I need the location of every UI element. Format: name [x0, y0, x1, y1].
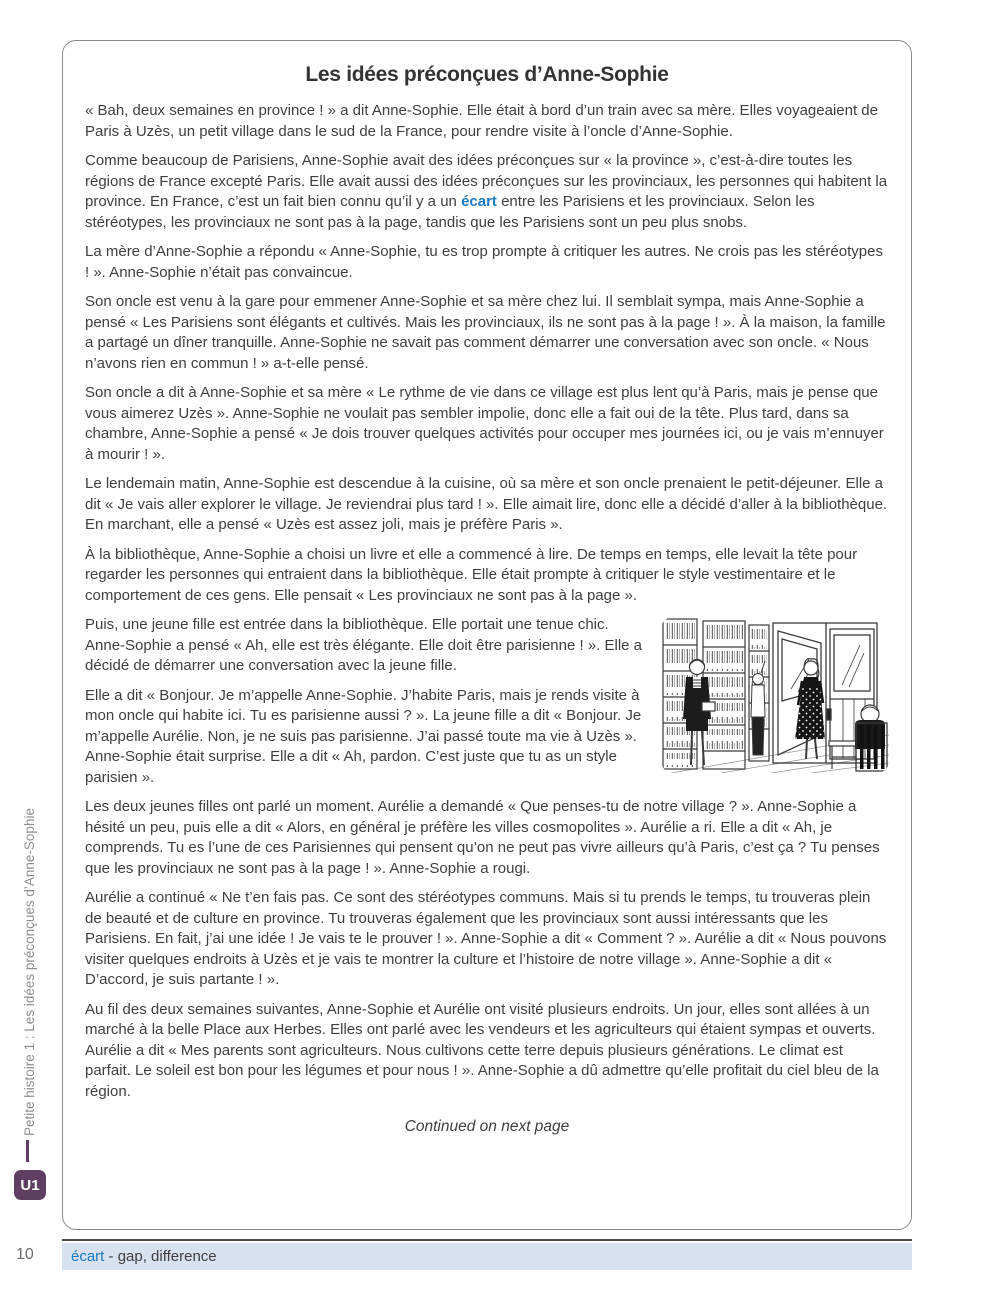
story-title: Les idées préconçues d’Anne-Sophie: [85, 63, 889, 87]
story-paragraph: La mère d’Anne-Sophie a répondu « Anne-S…: [85, 242, 889, 283]
story-paragraph: « Bah, deux semaines en province ! » a d…: [85, 101, 889, 142]
continued-note: Continued on next page: [85, 1118, 889, 1136]
page-number: 10: [16, 1246, 34, 1264]
vocab-footer-term: écart: [71, 1248, 104, 1265]
vocab-footer-definition: - gap, difference: [104, 1248, 216, 1265]
vocab-footer: écart - gap, difference: [62, 1243, 912, 1270]
story-paragraph: Son oncle est venu à la gare pour emmene…: [85, 292, 889, 374]
story-box: Les idées préconçues d’Anne-Sophie « Bah…: [62, 40, 912, 1230]
story-paragraph: Le lendemain matin, Anne-Sophie est desc…: [85, 474, 889, 536]
vocab-term-ecart: écart: [461, 193, 497, 210]
sidebar-separator: [26, 1140, 29, 1162]
story-paragraph: À la bibliothèque, Anne-Sophie a choisi …: [85, 545, 889, 607]
footer-divider: [62, 1239, 912, 1241]
story-paragraph: Aurélie a continué « Ne t’en fais pas. C…: [85, 888, 889, 991]
story-paragraph: Comme beaucoup de Parisiens, Anne-Sophie…: [85, 151, 889, 233]
library-scene-drawing: [661, 617, 889, 773]
unit-badge: U1: [14, 1170, 46, 1200]
library-scene-illustration: [661, 617, 889, 773]
story-paragraph: Les deux jeunes filles ont parlé un mome…: [85, 797, 889, 879]
sidebar-chapter-label: Petite histoire 1 : Les idées préconçues…: [22, 808, 37, 1136]
story-paragraph: Son oncle a dit à Anne-Sophie et sa mère…: [85, 383, 889, 465]
story-paragraph: Au fil des deux semaines suivantes, Anne…: [85, 1000, 889, 1103]
